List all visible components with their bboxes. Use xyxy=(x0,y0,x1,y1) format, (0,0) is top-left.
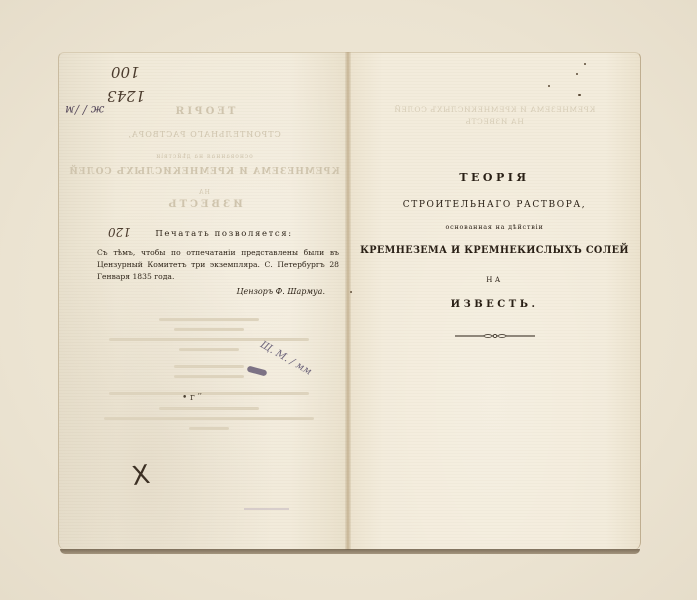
ghost-line xyxy=(109,392,309,395)
book-title: ТЕОРІЯ xyxy=(348,171,641,184)
left-page: ТЕОРІЯ СТРОИТЕЛЬНАГО РАСТВОРА, основанна… xyxy=(58,52,348,550)
show-through-small: основанная на дѣйствіи xyxy=(59,153,348,160)
paper-speck xyxy=(578,94,581,96)
imprimatur-heading: Печатать позволяется: xyxy=(79,229,339,239)
paper-speck xyxy=(576,73,578,75)
show-through-izvest: ИЗВЕСТЬ xyxy=(59,199,348,210)
censorship-imprimatur: Печатать позволяется: Съ тѣмъ, чтобы по … xyxy=(79,229,339,296)
based-on-line: основанная на дѣйствіи xyxy=(348,223,641,231)
ghost-line xyxy=(174,375,244,378)
title-block: ТЕОРІЯ СТРОИТЕЛЬНАГО РАСТВОРА, основанна… xyxy=(348,171,641,340)
ghost-line xyxy=(159,407,259,410)
show-through-big: КРЕМНЕЗЕМА И КРЕМНЕКИСЛЫХЪ СОЛЕЙ xyxy=(59,167,348,177)
open-book: ТЕОРІЯ СТРОИТЕЛЬНАГО РАСТВОРА, основанна… xyxy=(58,52,641,554)
ghost-line xyxy=(104,417,314,420)
book-edge-shadow xyxy=(60,549,640,554)
show-through-line-1: КРЕМНЕЗЕМА И КРЕМНЕКИСЛЫХЪ СОЛЕЙ xyxy=(348,105,641,114)
main-subject-line: КРЕМНЕЗЕМА И КРЕМНЕКИСЛЫХЪ СОЛЕЙ xyxy=(360,244,630,256)
show-through-lines xyxy=(99,311,319,437)
show-through-na: НА xyxy=(59,189,348,196)
ink-dots-mark: • г ′′ xyxy=(182,393,202,403)
handwritten-shelf-number: 1243 xyxy=(107,87,145,105)
cross-mark: X xyxy=(130,462,151,490)
ghost-line xyxy=(174,365,244,368)
paper-speck xyxy=(548,85,550,87)
ghost-line xyxy=(109,338,309,341)
ghost-line xyxy=(159,318,259,321)
preposition-line: НА xyxy=(348,276,641,284)
handwritten-margin-note: ж / ∕м xyxy=(65,103,104,117)
censor-signature: Цензоръ Ф. Шармуа. xyxy=(79,287,339,296)
ghost-line xyxy=(179,348,239,351)
handwritten-number-top: 100 xyxy=(111,63,140,81)
final-word-line: ИЗВЕСТЬ. xyxy=(348,299,641,310)
faint-stamp-trace xyxy=(244,508,289,510)
paper-speck xyxy=(584,63,586,65)
imprimatur-body: Съ тѣмъ, чтобы по отпечатаніи представле… xyxy=(79,247,339,283)
ghost-line xyxy=(174,328,244,331)
book-subtitle: СТРОИТЕЛЬНАГО РАСТВОРА, xyxy=(348,200,641,210)
book-gutter xyxy=(345,52,351,550)
ghost-line xyxy=(189,427,229,430)
show-through-line-2: НА ИЗВЕСТЬ xyxy=(348,117,641,126)
decorative-rule-ornament xyxy=(455,332,535,340)
show-through-subtitle: СТРОИТЕЛЬНАГО РАСТВОРА, xyxy=(59,130,348,139)
right-page-title-page: КРЕМНЕЗЕМА И КРЕМНЕКИСЛЫХЪ СОЛЕЙ НА ИЗВЕ… xyxy=(348,52,641,550)
